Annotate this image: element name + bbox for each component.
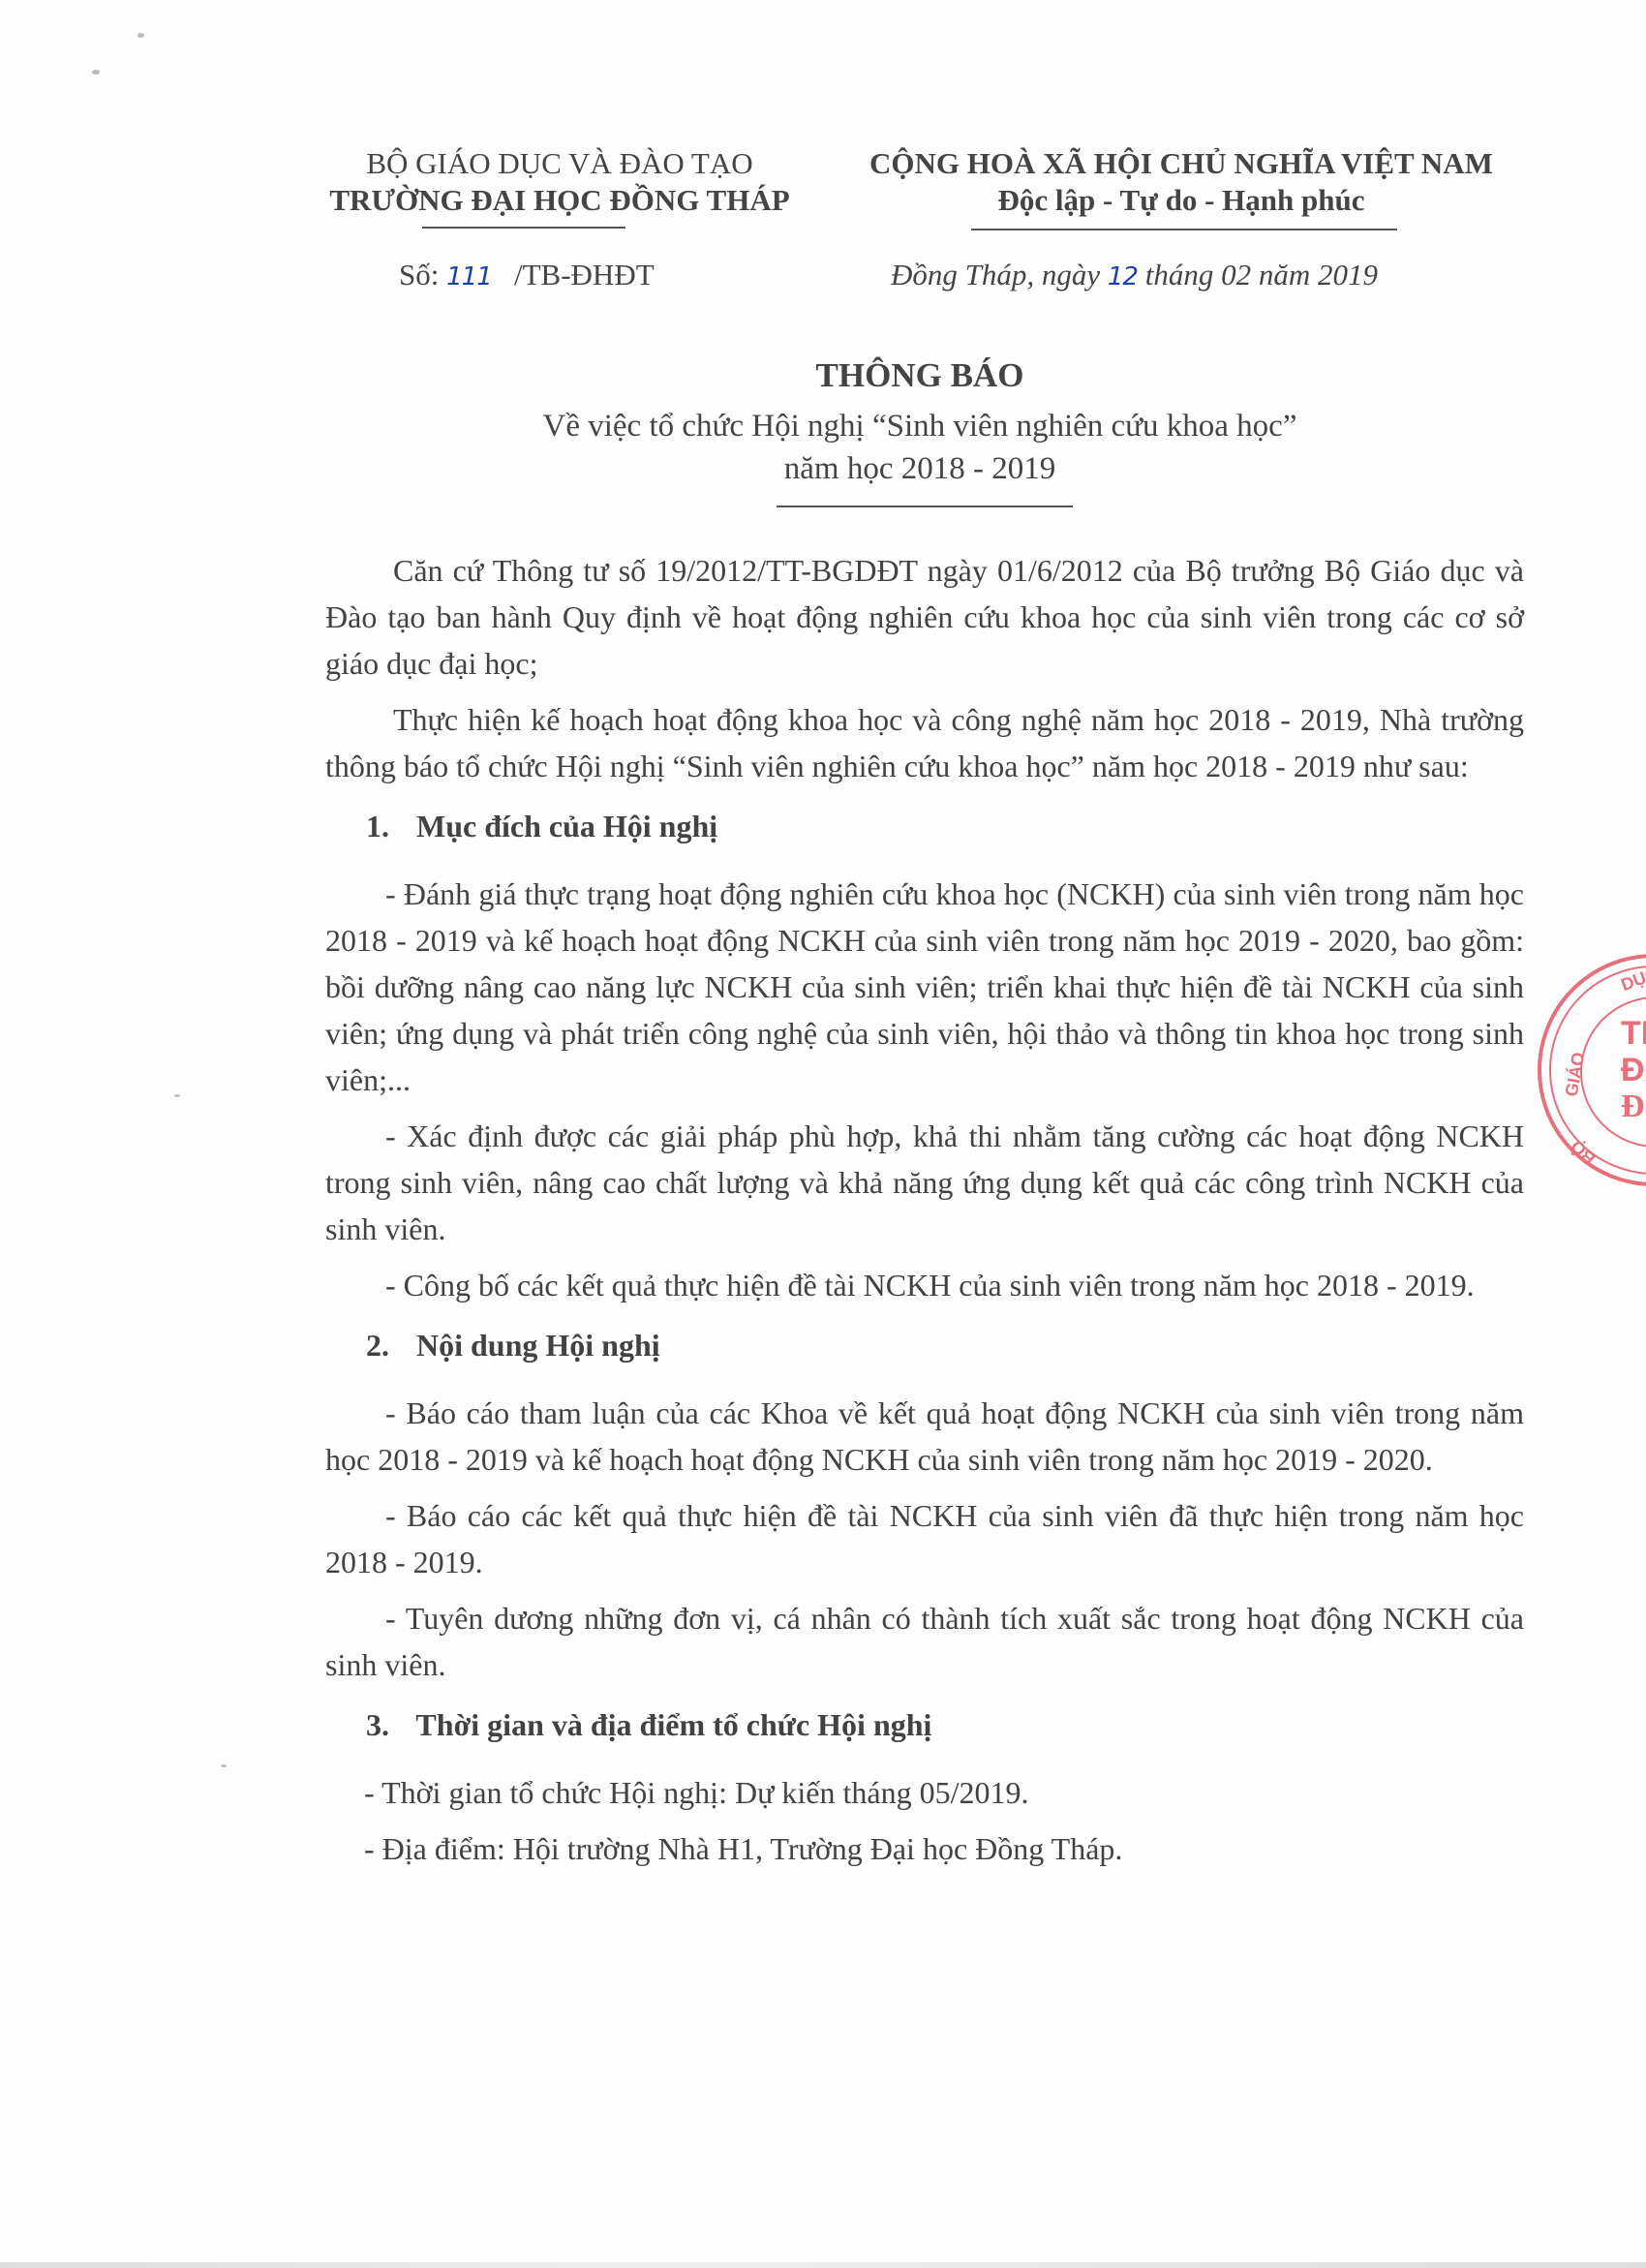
section-title: Mục đích của Hội nghị [416, 809, 717, 843]
national-header: CỘNG HOÀ XÃ HỘI CHỦ NGHĨA VIỆT NAM Độc l… [823, 145, 1539, 219]
scan-speck [174, 1094, 180, 1097]
section-heading-purpose: 1. Mục đích của Hội nghị [325, 803, 1524, 849]
subtitle-line-2: năm học 2018 - 2019 [290, 447, 1549, 490]
scan-speck [137, 33, 144, 38]
scan-speck [221, 1764, 227, 1767]
ministry-name: BỘ GIÁO DỤC VÀ ĐÀO TẠO [308, 145, 811, 182]
subtitle-line-1: Về việc tổ chức Hội nghị “Sinh viên nghi… [290, 405, 1549, 447]
official-seal-stamp: DỤC GIÁO BỘ TR ĐẠ ĐỒN [1538, 954, 1646, 1186]
section-heading-time-venue: 3. Thời gian và địa điểm tổ chức Hội ngh… [325, 1701, 1524, 1748]
place-and-date: Đồng Tháp, ngày 12 tháng 02 năm 2019 [891, 258, 1378, 292]
section-number: 3. [366, 1701, 409, 1748]
content-item: - Tuyên dương những đơn vị, cá nhân có t… [325, 1595, 1524, 1688]
header-right-underline [971, 229, 1397, 230]
document-title: THÔNG BÁO [290, 356, 1549, 395]
section-heading-content: 2. Nội dung Hội nghị [325, 1322, 1524, 1368]
doc-number-handwritten: 111 [446, 262, 492, 291]
time-item: - Thời gian tổ chức Hội nghị: Dự kiến th… [325, 1769, 1524, 1816]
header-left-underline [422, 227, 625, 229]
section-title: Nội dung Hội nghị [416, 1328, 660, 1363]
country-name: CỘNG HOÀ XÃ HỘI CHỦ NGHĨA VIỆT NAM [823, 145, 1539, 182]
purpose-item: - Công bố các kết quả thực hiện đề tài N… [325, 1262, 1524, 1308]
implementation-paragraph: Thực hiện kế hoạch hoạt động khoa học và… [325, 696, 1524, 789]
issuer-header: BỘ GIÁO DỤC VÀ ĐÀO TẠO TRƯỜNG ĐẠI HỌC ĐỒ… [308, 145, 811, 219]
purpose-item: - Đánh giá thực trạng hoạt động nghiên c… [325, 871, 1524, 1103]
document-body: Căn cứ Thông tư số 19/2012/TT-BGDĐT ngày… [325, 547, 1524, 1882]
title-underline [777, 506, 1073, 507]
place-date-suffix: tháng 02 năm 2019 [1145, 258, 1378, 291]
university-name: TRƯỜNG ĐẠI HỌC ĐỒNG THÁP [308, 182, 811, 219]
scan-bottom-edge [0, 2262, 1646, 2268]
seal-arc-text-bottom: BỘ [1568, 1136, 1600, 1169]
place-date-prefix: Đồng Tháp, ngày [891, 258, 1100, 291]
scanned-document-page: BỘ GIÁO DỤC VÀ ĐÀO TẠO TRƯỜNG ĐẠI HỌC ĐỒ… [0, 0, 1646, 2268]
purpose-item: - Xác định được các giải pháp phù hợp, k… [325, 1113, 1524, 1252]
document-subtitle: Về việc tổ chức Hội nghị “Sinh viên nghi… [290, 405, 1549, 490]
national-motto: Độc lập - Tự do - Hạnh phúc [823, 182, 1539, 219]
seal-line-3: ĐỒN [1621, 1089, 1646, 1124]
day-handwritten: 12 [1108, 262, 1138, 291]
venue-item: - Địa điểm: Hội trường Nhà H1, Trường Đạ… [325, 1825, 1524, 1872]
section-title: Thời gian và địa điểm tổ chức Hội nghị [415, 1707, 931, 1742]
doc-number-suffix: /TB-ĐHĐT [514, 258, 655, 291]
seal-line-2: ĐẠ [1621, 1053, 1646, 1088]
doc-number-prefix: Số: [399, 258, 439, 291]
section-number: 2. [366, 1322, 409, 1368]
seal-line-1: TR [1621, 1016, 1646, 1051]
seal-arc-text-top: DỤC [1619, 964, 1646, 996]
content-item: - Báo cáo các kết quả thực hiện đề tài N… [325, 1492, 1524, 1585]
content-item: - Báo cáo tham luận của các Khoa về kết … [325, 1390, 1524, 1483]
legal-basis-paragraph: Căn cứ Thông tư số 19/2012/TT-BGDĐT ngày… [325, 547, 1524, 687]
section-number: 1. [366, 803, 409, 849]
scan-speck [92, 70, 100, 75]
document-number: Số: 111 /TB-ĐHĐT [399, 258, 655, 292]
